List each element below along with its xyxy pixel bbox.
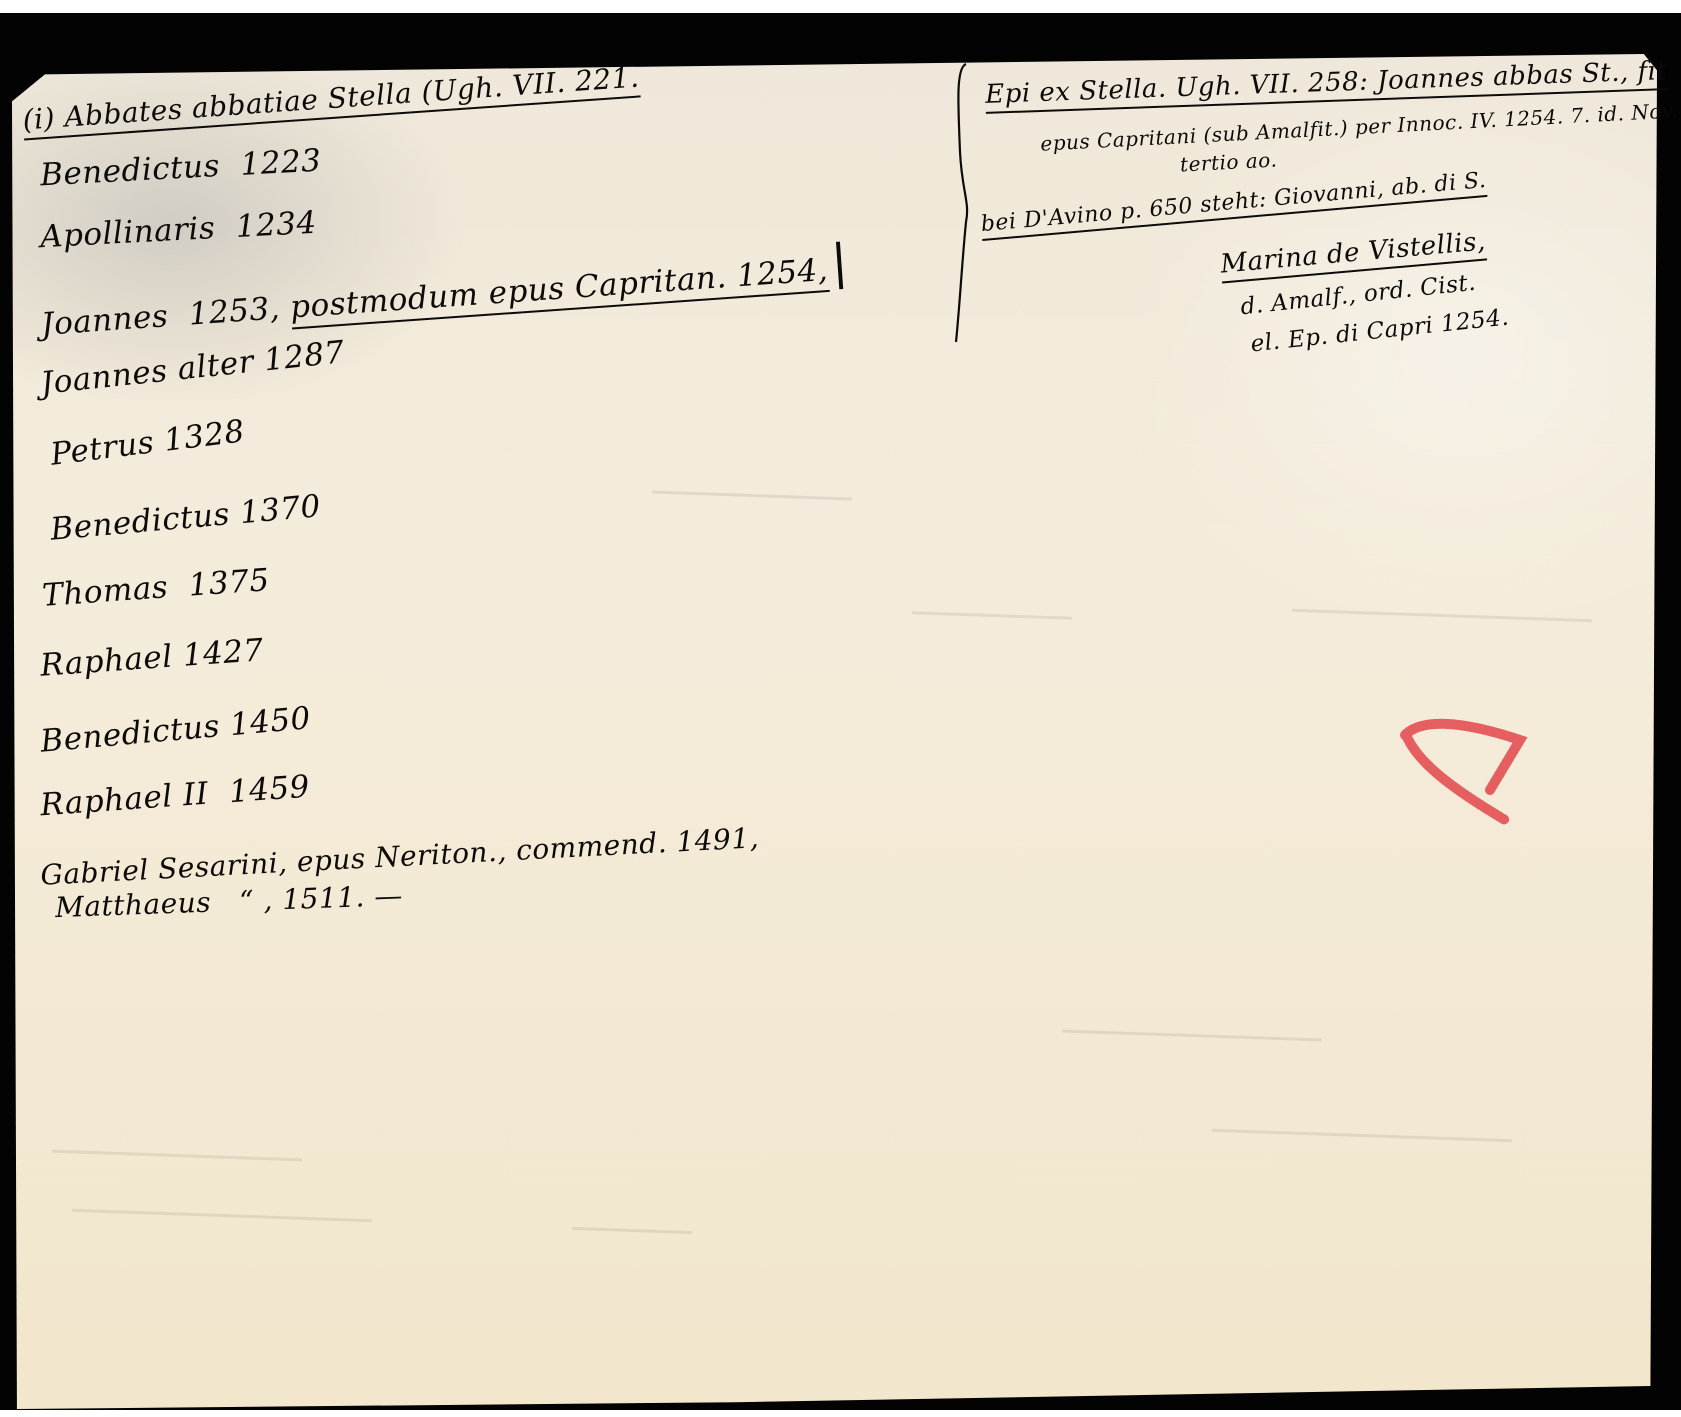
red-crayon-check-mark	[1395, 705, 1555, 835]
bleed-through-stroke	[72, 1209, 372, 1222]
bleed-through-stroke	[572, 1227, 692, 1234]
bleed-through-stroke	[52, 1150, 302, 1162]
bleed-through-stroke	[1292, 609, 1592, 622]
bleed-through-stroke	[912, 611, 1072, 620]
note-line: tertio ao.	[1179, 147, 1277, 176]
curly-bracket	[952, 62, 974, 344]
margin-mark: ▏	[836, 241, 870, 289]
bleed-through-stroke	[652, 491, 852, 501]
bleed-through-stroke	[1062, 1029, 1322, 1041]
bleed-through-stroke	[1212, 1129, 1512, 1142]
scan-margin	[0, 1410, 1681, 1417]
